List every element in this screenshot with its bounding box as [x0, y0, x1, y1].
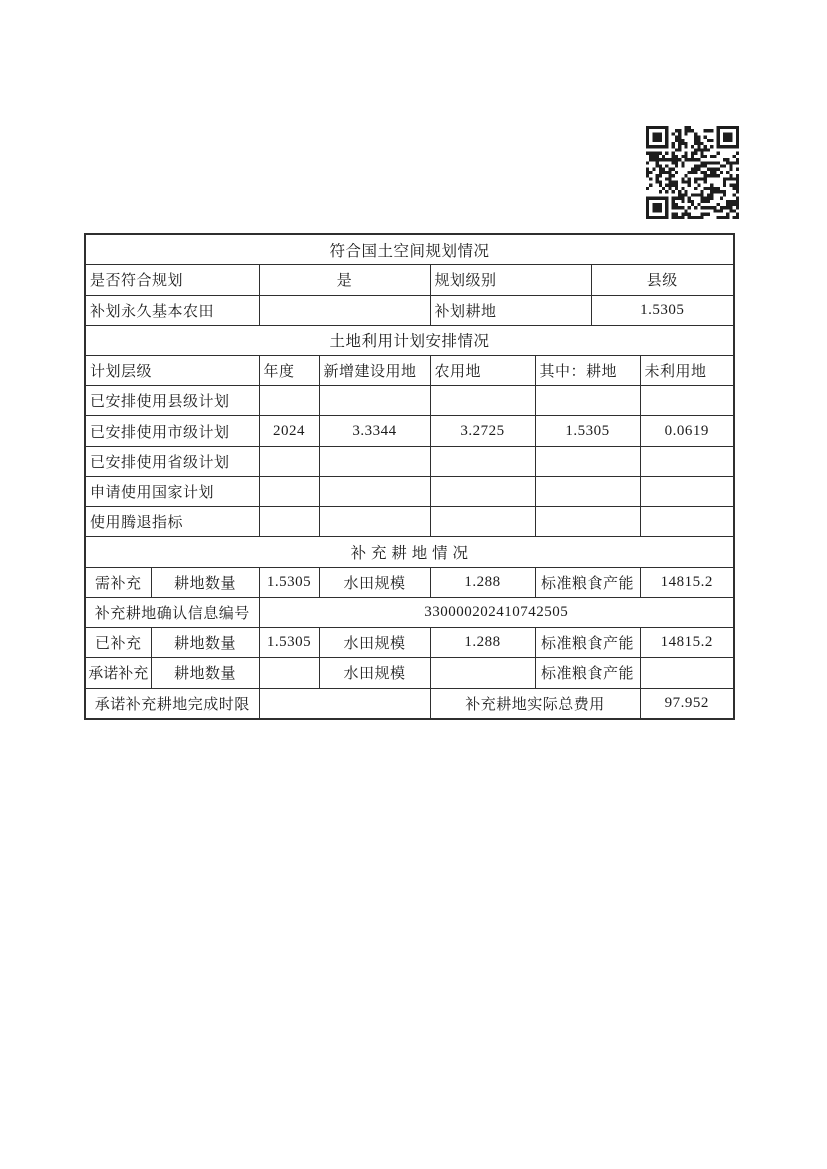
header-new-construction-land: 新增建设用地	[319, 355, 430, 385]
basic-farmland-value	[259, 295, 430, 325]
done-supplement-label: 已补充	[85, 628, 151, 658]
replan-cultivated-value: 1.5305	[591, 295, 734, 325]
actual-fee-value: 97.952	[640, 688, 734, 719]
done-paddy-label: 水田规模	[319, 628, 430, 658]
replan-cultivated-label: 补划耕地	[430, 295, 591, 325]
table-row: 申请使用国家计划	[85, 476, 734, 506]
county-plan-label: 已安排使用县级计划	[85, 386, 259, 416]
actual-fee-label: 补充耕地实际总费用	[430, 688, 640, 719]
promise-grain-value	[640, 658, 734, 688]
deadline-value	[259, 688, 430, 719]
table-row: 补充耕地确认信息编号 330000202410742505	[85, 597, 734, 627]
table-row: 已安排使用县级计划	[85, 386, 734, 416]
done-grain-value: 14815.2	[640, 628, 734, 658]
county-plan-agri	[430, 386, 535, 416]
table-row: 需补充 耕地数量 1.5305 水田规模 1.288 标准粮食产能 14815.…	[85, 567, 734, 597]
national-plan-label: 申请使用国家计划	[85, 476, 259, 506]
need-supplement-label: 需补充	[85, 567, 151, 597]
city-plan-agri: 3.2725	[430, 416, 535, 446]
promise-paddy-value	[430, 658, 535, 688]
qr-code	[644, 126, 741, 219]
done-grain-label: 标准粮食产能	[535, 628, 640, 658]
city-plan-newland: 3.3344	[319, 416, 430, 446]
table-row: 承诺补充 耕地数量 水田规模 标准粮食产能	[85, 658, 734, 688]
need-qty-label: 耕地数量	[151, 567, 259, 597]
header-year: 年度	[259, 355, 319, 385]
need-qty-value: 1.5305	[259, 567, 319, 597]
province-plan-cultivated	[535, 446, 640, 476]
section3-title: 补 充 耕 地 情 况	[85, 537, 734, 567]
land-plan-table: 符合国土空间规划情况 是否符合规划 是 规划级别 县级 补划永久基本农田 补划耕…	[84, 233, 735, 720]
province-plan-year	[259, 446, 319, 476]
table-row: 使用腾退指标	[85, 507, 734, 537]
table-row: 已安排使用省级计划	[85, 446, 734, 476]
header-agricultural-land: 农用地	[430, 355, 535, 385]
city-plan-cultivated: 1.5305	[535, 416, 640, 446]
promise-qty-value	[259, 658, 319, 688]
vacated-quota-unused	[640, 507, 734, 537]
header-unused-land: 未利用地	[640, 355, 734, 385]
promise-qty-label: 耕地数量	[151, 658, 259, 688]
county-plan-unused	[640, 386, 734, 416]
need-grain-label: 标准粮食产能	[535, 567, 640, 597]
need-paddy-label: 水田规模	[319, 567, 430, 597]
national-plan-cultivated	[535, 476, 640, 506]
scanned-document-page: 符合国土空间规划情况 是否符合规划 是 规划级别 县级 补划永久基本农田 补划耕…	[0, 0, 827, 1169]
table-row: 已补充 耕地数量 1.5305 水田规模 1.288 标准粮食产能 14815.…	[85, 628, 734, 658]
county-plan-cultivated	[535, 386, 640, 416]
national-plan-unused	[640, 476, 734, 506]
vacated-quota-agri	[430, 507, 535, 537]
province-plan-agri	[430, 446, 535, 476]
section1-title: 符合国土空间规划情况	[85, 234, 734, 265]
city-plan-unused: 0.0619	[640, 416, 734, 446]
province-plan-unused	[640, 446, 734, 476]
county-plan-year	[259, 386, 319, 416]
vacated-quota-cultivated	[535, 507, 640, 537]
header-cultivated-land: 其中：耕地	[535, 355, 640, 385]
province-plan-newland	[319, 446, 430, 476]
vacated-quota-year	[259, 507, 319, 537]
section2-title: 土地利用计划安排情况	[85, 325, 734, 355]
compliance-label: 是否符合规划	[85, 265, 259, 295]
promise-grain-label: 标准粮食产能	[535, 658, 640, 688]
header-plan-level: 计划层级	[85, 355, 259, 385]
done-qty-value: 1.5305	[259, 628, 319, 658]
need-paddy-value: 1.288	[430, 567, 535, 597]
done-qty-label: 耕地数量	[151, 628, 259, 658]
table-row: 已安排使用市级计划 2024 3.3344 3.2725 1.5305 0.06…	[85, 416, 734, 446]
table-row: 承诺补充耕地完成时限 补充耕地实际总费用 97.952	[85, 688, 734, 719]
promise-paddy-label: 水田规模	[319, 658, 430, 688]
national-plan-agri	[430, 476, 535, 506]
confirm-id-value: 330000202410742505	[259, 597, 734, 627]
county-plan-newland	[319, 386, 430, 416]
basic-farmland-label: 补划永久基本农田	[85, 295, 259, 325]
plan-level-label: 规划级别	[430, 265, 591, 295]
province-plan-label: 已安排使用省级计划	[85, 446, 259, 476]
vacated-quota-newland	[319, 507, 430, 537]
vacated-quota-label: 使用腾退指标	[85, 507, 259, 537]
deadline-label: 承诺补充耕地完成时限	[85, 688, 259, 719]
promise-supplement-label: 承诺补充	[85, 658, 151, 688]
city-plan-year: 2024	[259, 416, 319, 446]
national-plan-newland	[319, 476, 430, 506]
national-plan-year	[259, 476, 319, 506]
need-grain-value: 14815.2	[640, 567, 734, 597]
plan-level-value: 县级	[591, 265, 734, 295]
compliance-value: 是	[259, 265, 430, 295]
city-plan-label: 已安排使用市级计划	[85, 416, 259, 446]
confirm-id-label: 补充耕地确认信息编号	[85, 597, 259, 627]
done-paddy-value: 1.288	[430, 628, 535, 658]
